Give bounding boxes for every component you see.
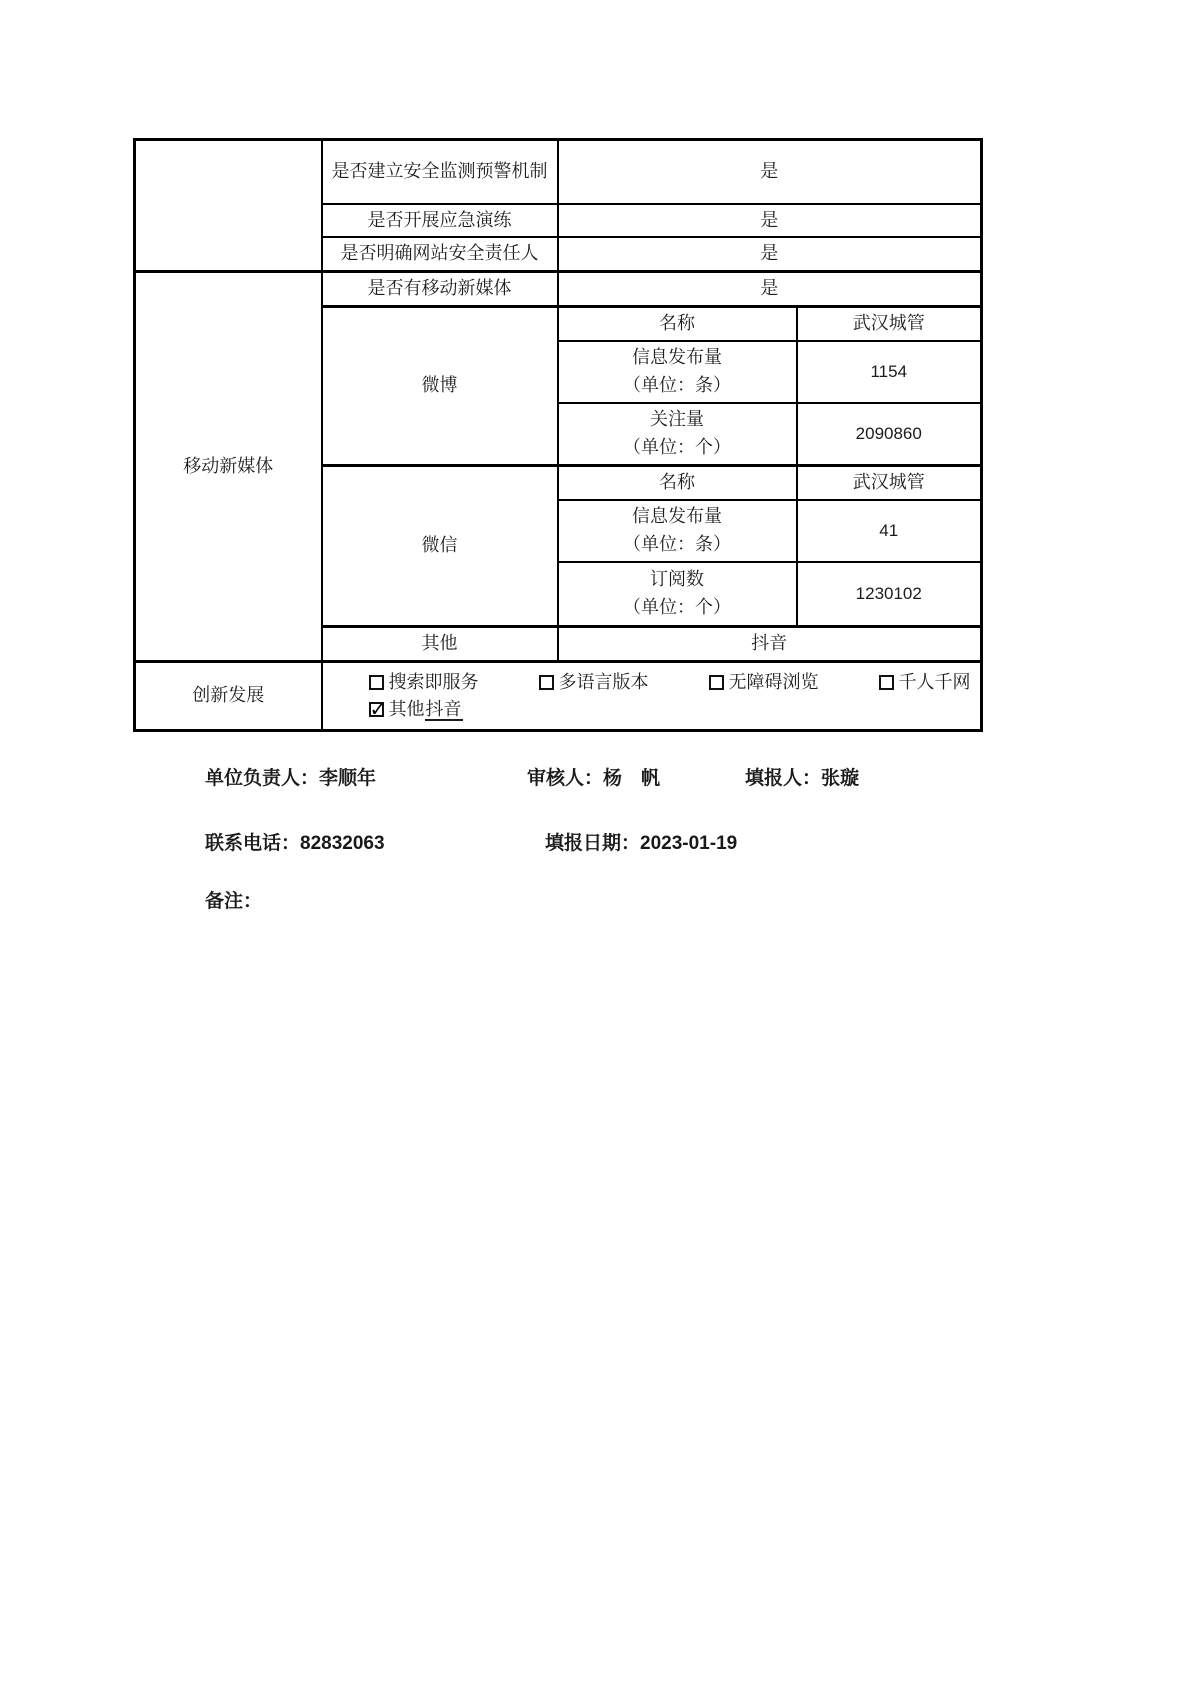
responsible-label: 单位负责人：	[205, 768, 319, 789]
notes: 备注：	[205, 886, 262, 913]
option-other: 其他抖音	[369, 696, 463, 723]
filler: 填报人：张璇	[745, 763, 859, 790]
weibo-followers-label: 关注量 （单位：个）	[558, 403, 797, 465]
wechat-subscribers-value: 1230102	[797, 562, 982, 627]
phone-label: 联系电话：	[205, 833, 300, 854]
phone-number: 82832063	[300, 833, 385, 854]
wechat-posts-label-text: 信息发布量	[565, 503, 790, 531]
option-personalized: 千人千网	[879, 669, 971, 696]
other-media-label: 其他	[322, 627, 558, 662]
weibo-group-cell: 微博	[322, 307, 558, 466]
wechat-group-cell: 微信	[322, 465, 558, 626]
innovation-options-line: 搜索即服务 多语言版本 无障碍浏览 千人千网	[323, 669, 981, 696]
option-search-service: 搜索即服务	[369, 669, 479, 696]
innovation-options-cell: 搜索即服务 多语言版本 无障碍浏览 千人千网 其他抖音	[322, 662, 982, 731]
notes-label: 备注：	[205, 891, 262, 912]
table-row: 是否建立安全监测预警机制 是	[135, 140, 982, 204]
filler-label: 填报人：	[745, 768, 821, 789]
date-label: 填报日期：	[545, 833, 640, 854]
checkbox-unchecked-icon[interactable]	[709, 675, 724, 690]
table-row: 移动新媒体 是否有移动新媒体 是	[135, 272, 982, 307]
category-cell-empty	[135, 140, 322, 272]
weibo-name-label: 名称	[558, 307, 797, 341]
option-other-value: 抖音	[425, 699, 463, 721]
wechat-name-value: 武汉城管	[797, 465, 982, 499]
option-multilingual: 多语言版本	[539, 669, 649, 696]
wechat-subscribers-label-text: 订阅数	[565, 566, 790, 594]
wechat-posts-value: 41	[797, 500, 982, 562]
reviewer-label: 审核人：	[527, 768, 603, 789]
has-mobile-media-label: 是否有移动新媒体	[322, 272, 558, 307]
wechat-subscribers-unit: （单位：个）	[565, 594, 790, 622]
innovation-other-line: 其他抖音	[323, 696, 981, 723]
report-date: 填报日期：2023-01-19	[545, 828, 737, 855]
option-personalized-label: 千人千网	[899, 672, 971, 692]
annual-report-table: 是否建立安全监测预警机制 是 是否开展应急演练 是 是否明确网站安全责任人 是 …	[133, 138, 983, 732]
table-row: 创新发展 搜索即服务 多语言版本 无障碍浏览 千人千网 其他抖音	[135, 662, 982, 731]
wechat-name-label: 名称	[558, 465, 797, 499]
weibo-posts-value: 1154	[797, 341, 982, 403]
weibo-posts-label-text: 信息发布量	[565, 344, 790, 372]
reviewer-name: 杨 帆	[603, 768, 660, 789]
option-accessibility: 无障碍浏览	[709, 669, 819, 696]
wechat-posts-unit: （单位：条）	[565, 531, 790, 559]
filler-name: 张璇	[821, 768, 859, 789]
has-mobile-media-value: 是	[558, 272, 982, 307]
weibo-followers-unit: （单位：个）	[565, 434, 790, 462]
weibo-name-value: 武汉城管	[797, 307, 982, 341]
contact-phone: 联系电话：82832063	[205, 828, 385, 855]
security-officer-label: 是否明确网站安全责任人	[322, 237, 558, 271]
weibo-posts-label: 信息发布量 （单位：条）	[558, 341, 797, 403]
security-monitor-label: 是否建立安全监测预警机制	[322, 140, 558, 204]
category-cell-mobile-media: 移动新媒体	[135, 272, 322, 662]
option-accessibility-label: 无障碍浏览	[729, 672, 819, 692]
reviewer: 审核人：杨 帆	[527, 763, 660, 790]
responsible-name: 李顺年	[319, 768, 376, 789]
responsible-person: 单位负责人：李顺年	[205, 763, 376, 790]
security-monitor-value: 是	[558, 140, 982, 204]
checkbox-unchecked-icon[interactable]	[369, 675, 384, 690]
wechat-subscribers-label: 订阅数 （单位：个）	[558, 562, 797, 627]
date-value: 2023-01-19	[640, 833, 737, 854]
emergency-drill-value: 是	[558, 204, 982, 238]
checkbox-unchecked-icon[interactable]	[539, 675, 554, 690]
weibo-followers-label-text: 关注量	[565, 406, 790, 434]
category-cell-innovation: 创新发展	[135, 662, 322, 731]
other-media-value: 抖音	[558, 627, 982, 662]
security-officer-value: 是	[558, 237, 982, 271]
emergency-drill-label: 是否开展应急演练	[322, 204, 558, 238]
wechat-posts-label: 信息发布量 （单位：条）	[558, 500, 797, 562]
weibo-posts-unit: （单位：条）	[565, 372, 790, 400]
option-multilingual-label: 多语言版本	[559, 672, 649, 692]
option-search-service-label: 搜索即服务	[389, 672, 479, 692]
report-page: 是否建立安全监测预警机制 是 是否开展应急演练 是 是否明确网站安全责任人 是 …	[0, 0, 1190, 1683]
checkbox-unchecked-icon[interactable]	[879, 675, 894, 690]
weibo-followers-value: 2090860	[797, 403, 982, 465]
option-other-label: 其他	[389, 699, 425, 719]
checkbox-checked-icon[interactable]	[369, 702, 384, 717]
